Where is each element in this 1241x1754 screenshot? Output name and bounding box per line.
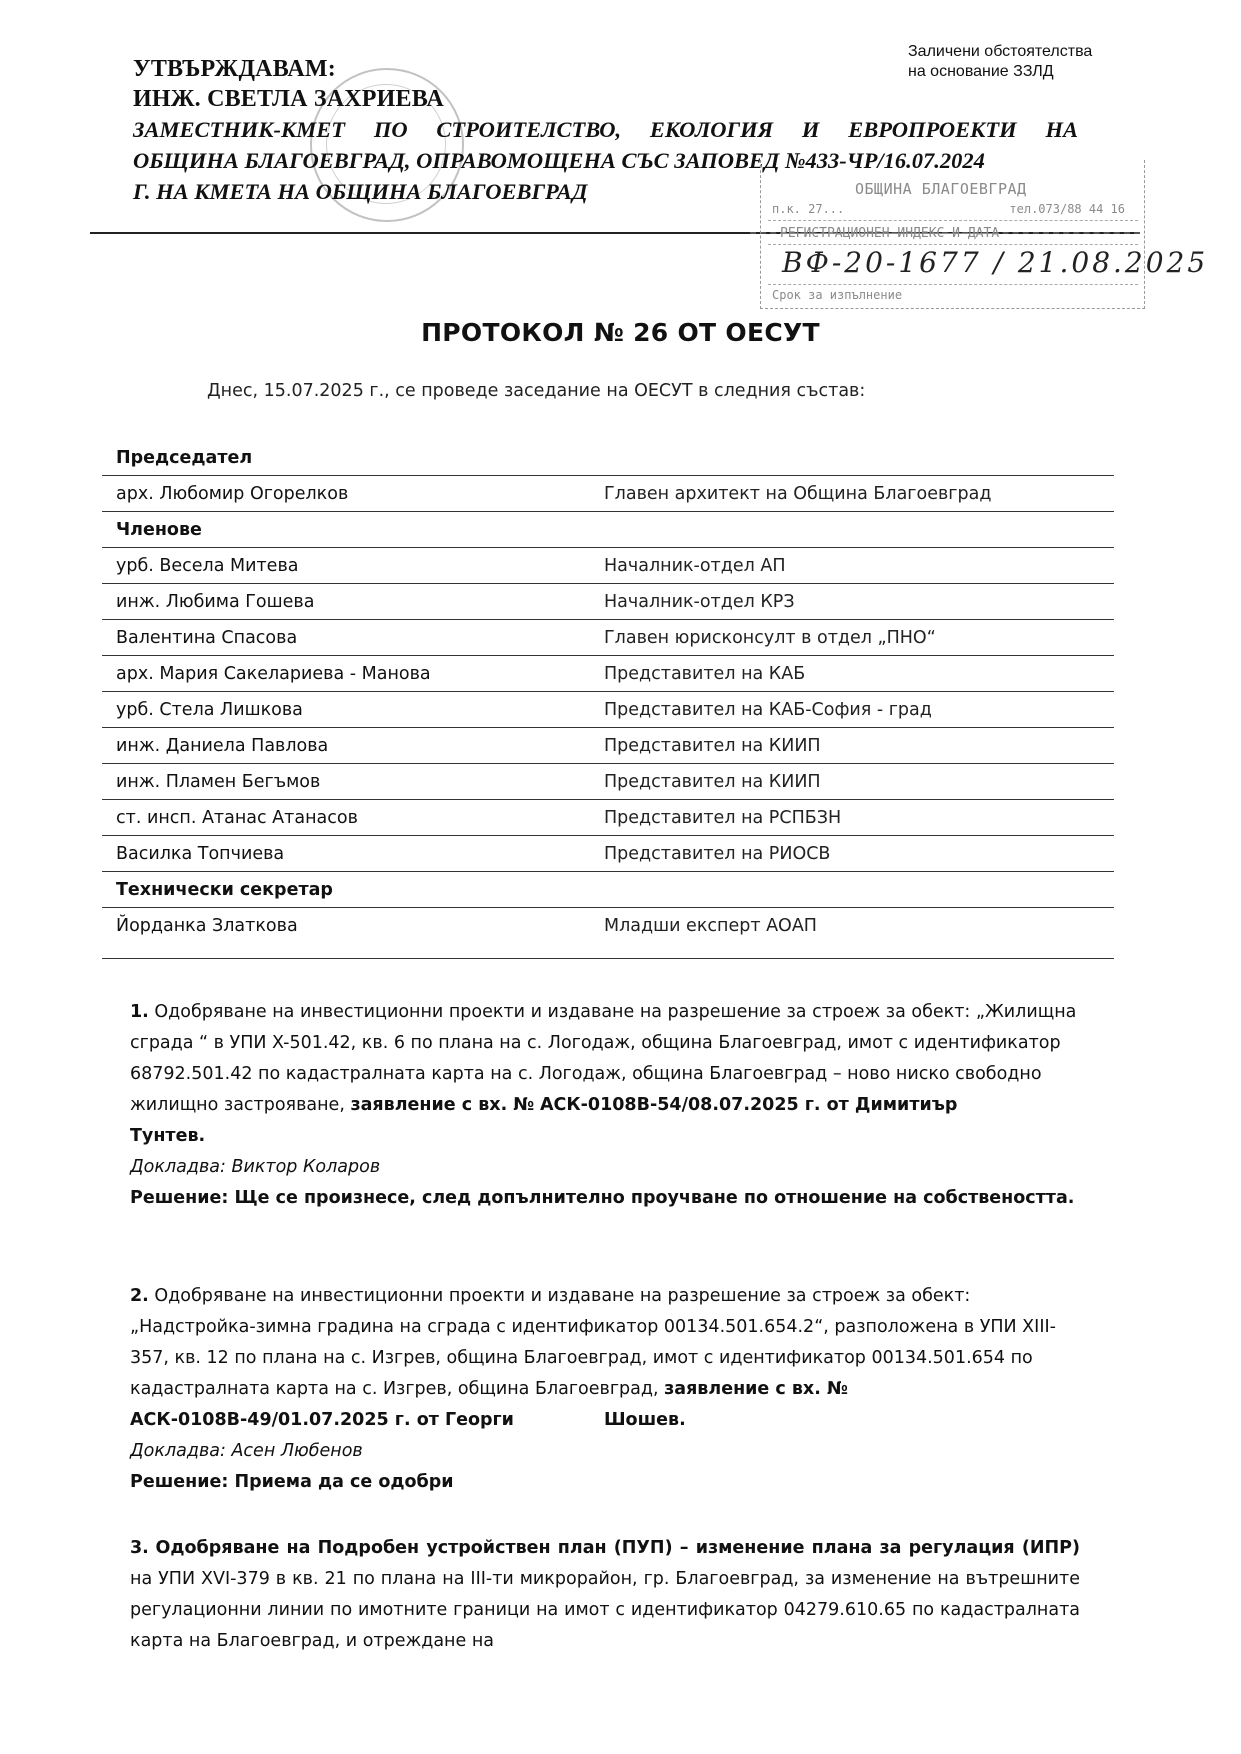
member-name: инж. Пламен Бегъмов [116,772,320,792]
member-name: урб. Стела Лишкова [116,700,303,720]
agenda-item-text: на УПИ XVI-379 в кв. 21 по плана на III-… [130,1569,1080,1651]
stamp-deadline-label: Срок за изпълнение [772,288,902,302]
table-row: Валентина Спасова Главен юрисконсулт в о… [102,620,1114,656]
member-name: Йорданка Златкова [116,916,298,936]
table-row: арх. Мария Сакелариева - Манова Представ… [102,656,1114,692]
table-row: урб. Стела Лишкова Представител на КАБ-С… [102,692,1114,728]
table-row: ст. инсп. Атанас Атанасов Представител н… [102,800,1114,836]
applicant-surname: Тунтев. [130,1126,205,1146]
application-reference: АСК-0108В-49/01.07.2025 г. от Георги [130,1410,514,1430]
member-name: Валентина Спасова [116,628,297,648]
reporter: Докладва: Виктор Коларов [130,1152,1080,1183]
stamp-postal-code: п.к. 27... [772,202,844,216]
agenda-item-3: 3. Одобряване на Подробен устройствен пл… [130,1533,1080,1657]
reporter: Докладва: Асен Любенов [130,1436,1080,1467]
table-row: инж. Пламен Бегъмов Представител на КИИП [102,764,1114,800]
section-heading: Членове [116,520,202,540]
table-row: Йорданка Златкова Младши експерт АОАП [102,908,1114,959]
agenda-item-number: 3. [130,1538,149,1558]
table-row: инж. Любима Гошева Началник-отдел КРЗ [102,584,1114,620]
member-role: Началник-отдел КРЗ [604,592,795,612]
section-row-secretary: Технически секретар [102,872,1114,908]
member-role: Представител на КАБ [604,664,805,684]
stamp-registration-label: РЕГИСТРАЦИОНЕН ИНДЕКС И ДАТА [780,226,999,241]
member-name: урб. Весела Митева [116,556,299,576]
table-row: урб. Весела Митева Началник-отдел АП [102,548,1114,584]
member-role: Представител на КАБ-София - град [604,700,932,720]
agenda-item-body: 1. Одобряване на инвестиционни проекти и… [130,997,1080,1152]
member-role: Представител на РИОСВ [604,844,830,864]
approval-label: УТВЪРЖДАВАМ: [133,54,1093,84]
member-name: инж. Любима Гошева [116,592,314,612]
member-name: Василка Топчиева [116,844,284,864]
applicant-surname: Шошев. [604,1410,686,1430]
section-row-members: Членове [102,512,1114,548]
agenda-item-2: 2. Одобряване на инвестиционни проекти и… [130,1281,1080,1498]
agenda-item-body: 3. Одобряване на Подробен устройствен пл… [130,1533,1080,1657]
member-role: Представител на КИИП [604,736,821,756]
section-row-chair: Председател [102,440,1114,476]
stamp-phone: тел.073/88 44 16 [1009,202,1125,216]
registry-stamp: ОБЩИНА БЛАГОЕВГРАД п.к. 27... тел.073/88… [760,160,1145,310]
application-prefix: заявление с вх. № [350,1095,534,1115]
member-name: арх. Мария Сакелариева - Манова [116,664,431,684]
table-row: Василка Топчиева Представител на РИОСВ [102,836,1114,872]
member-role: Главен юрисконсулт в отдел „ПНО“ [604,628,936,648]
agenda-item-1: 1. Одобряване на инвестиционни проекти и… [130,997,1080,1214]
intro-text: Днес, 15.07.2025 г., се проведе заседани… [207,381,865,401]
section-heading: Технически секретар [116,880,333,900]
member-role: Началник-отдел АП [604,556,785,576]
composition-table: Председател арх. Любомир Огорелков Главе… [102,440,1114,959]
decision: Решение: Приема да се одобри [130,1467,1080,1498]
member-name: арх. Любомир Огорелков [116,484,348,504]
stamp-registration-number: ВФ-20-1677 / 21.08.2025 [782,246,1208,279]
section-heading: Председател [116,448,252,468]
approver-name: ИНЖ. СВЕТЛА ЗАХРИЕВА [133,84,1093,114]
member-role: Младши експерт АОАП [604,916,817,936]
agenda-item-number: 2. [130,1286,149,1306]
table-row: арх. Любомир Огорелков Главен архитект н… [102,476,1114,512]
member-role: Представител на КИИП [604,772,821,792]
table-row: инж. Даниела Павлова Представител на КИИ… [102,728,1114,764]
document-title: ПРОТОКОЛ № 26 ОТ ОЕСУТ [0,318,1241,347]
agenda-item-number: 1. [130,1002,149,1022]
agenda-item-body: 2. Одобряване на инвестиционни проекти и… [130,1281,1080,1436]
stamp-organization: ОБЩИНА БЛАГОЕВГРАД [855,180,1027,198]
member-name: инж. Даниела Павлова [116,736,328,756]
application-prefix: заявление с вх. № [664,1379,848,1399]
decision: Решение: Ще се произнесе, след допълните… [130,1183,1080,1214]
member-role: Представител на РСПБЗН [604,808,841,828]
agenda-item-text: Одобряване на инвестиционни проекти и из… [130,1286,1056,1399]
agenda-item-bold-text: Одобряване на Подробен устройствен план … [155,1538,1080,1558]
member-role: Главен архитект на Община Благоевград [604,484,991,504]
member-name: ст. инсп. Атанас Атанасов [116,808,358,828]
approver-position-line-1: ЗАМЕСТНИК-КМЕТ ПО СТРОИТЕЛСТВО, ЕКОЛОГИЯ… [133,114,1078,145]
application-reference: АСК-0108В-54/08.07.2025 г. от Димитиър [540,1095,957,1115]
